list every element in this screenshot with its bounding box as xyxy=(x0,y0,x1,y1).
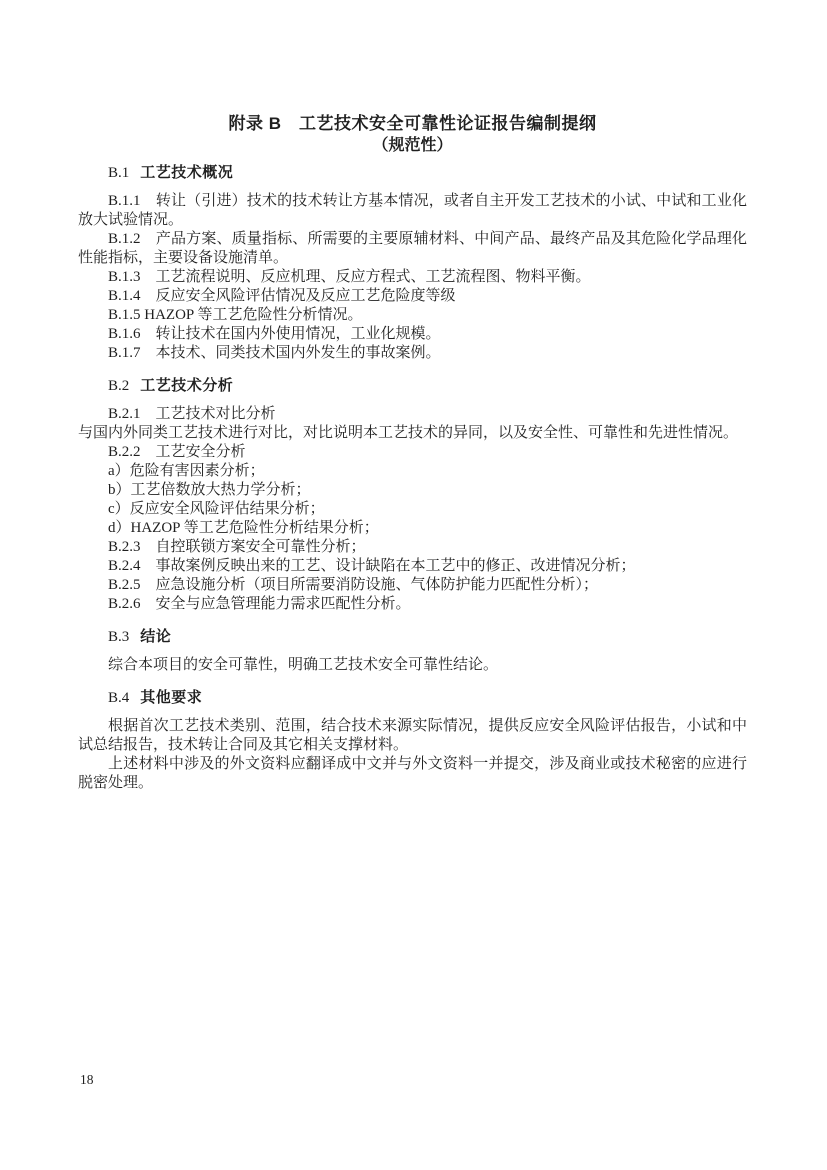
section-number: B.2 xyxy=(108,378,129,394)
list-item-a: a）危险有害因素分析； xyxy=(78,462,747,481)
paragraph-b4-2: 上述材料中涉及的外文资料应翻译成中文并与外文资料一并提交，涉及商业或技术秘密的应… xyxy=(78,755,747,793)
paragraph-b2-1: B.2.1 工艺技术对比分析 xyxy=(78,405,747,424)
section-title: 其他要求 xyxy=(140,689,202,706)
paragraph-b1-4: B.1.4 反应安全风险评估情况及反应工艺危险度等级 xyxy=(78,287,747,306)
paragraph-b1-6: B.1.6 转让技术在国内外使用情况，工业化规模。 xyxy=(78,325,747,344)
page-title: 附录 B 工艺技术安全可靠性论证报告编制提纲 xyxy=(78,113,747,135)
section-number: B.1 xyxy=(108,165,129,181)
page-number: 18 xyxy=(80,1072,94,1088)
section-heading-b4: B.4其他要求 xyxy=(78,688,747,708)
paragraph-b2-4: B.2.4 事故案例反映出来的工艺、设计缺陷在本工艺中的修正、改进情况分析； xyxy=(78,557,747,576)
section-heading-b1: B.1工艺技术概况 xyxy=(78,163,747,183)
paragraph-b3-1: 综合本项目的安全可靠性，明确工艺技术安全可靠性结论。 xyxy=(78,656,747,675)
paragraph-b1-2: B.1.2 产品方案、质量指标、所需要的主要原辅材料、中间产品、最终产品及其危险… xyxy=(78,230,747,268)
section-heading-b2: B.2工艺技术分析 xyxy=(78,376,747,396)
section-b4: B.4其他要求 根据首次工艺技术类别、范围，结合技术来源实际情况，提供反应安全风… xyxy=(78,688,747,793)
document-page: 附录 B 工艺技术安全可靠性论证报告编制提纲 （规范性） B.1工艺技术概况 B… xyxy=(0,0,827,1170)
paragraph-b2-6: B.2.6 安全与应急管理能力需求匹配性分析。 xyxy=(78,595,747,614)
paragraph-b2-2: B.2.2 工艺安全分析 xyxy=(78,443,747,462)
paragraph-b2-1-body: 与国内外同类工艺技术进行对比，对比说明本工艺技术的异同，以及安全性、可靠性和先进… xyxy=(78,424,747,443)
section-title: 工艺技术概况 xyxy=(140,164,233,181)
section-number: B.4 xyxy=(108,690,129,706)
section-title: 工艺技术分析 xyxy=(140,377,233,394)
section-number: B.3 xyxy=(108,629,129,645)
paragraph-b2-3: B.2.3 自控联锁方案安全可靠性分析； xyxy=(78,538,747,557)
paragraph-b1-5: B.1.5 HAZOP 等工艺危险性分析情况。 xyxy=(78,306,747,325)
paragraph-b1-3: B.1.3 工艺流程说明、反应机理、反应方程式、工艺流程图、物料平衡。 xyxy=(78,268,747,287)
paragraph-b1-7: B.1.7 本技术、同类技术国内外发生的事故案例。 xyxy=(78,344,747,363)
section-heading-b3: B.3结论 xyxy=(78,627,747,647)
section-b2: B.2工艺技术分析 B.2.1 工艺技术对比分析 与国内外同类工艺技术进行对比，… xyxy=(78,376,747,614)
paragraph-b1-1: B.1.1 转让（引进）技术的技术转让方基本情况，或者自主开发工艺技术的小试、中… xyxy=(78,192,747,230)
paragraph-b4-1: 根据首次工艺技术类别、范围，结合技术来源实际情况，提供反应安全风险评估报告，小试… xyxy=(78,717,747,755)
section-b1: B.1工艺技术概况 B.1.1 转让（引进）技术的技术转让方基本情况，或者自主开… xyxy=(78,163,747,363)
list-item-c: c）反应安全风险评估结果分析； xyxy=(78,500,747,519)
paragraph-b2-5: B.2.5 应急设施分析（项目所需要消防设施、气体防护能力匹配性分析）； xyxy=(78,576,747,595)
page-subtitle: （规范性） xyxy=(78,135,747,157)
list-item-d: d）HAZOP 等工艺危险性分析结果分析； xyxy=(78,519,747,538)
section-title: 结论 xyxy=(140,628,171,645)
list-item-b: b）工艺倍数放大热力学分析； xyxy=(78,481,747,500)
section-b3: B.3结论 综合本项目的安全可靠性，明确工艺技术安全可靠性结论。 xyxy=(78,627,747,675)
